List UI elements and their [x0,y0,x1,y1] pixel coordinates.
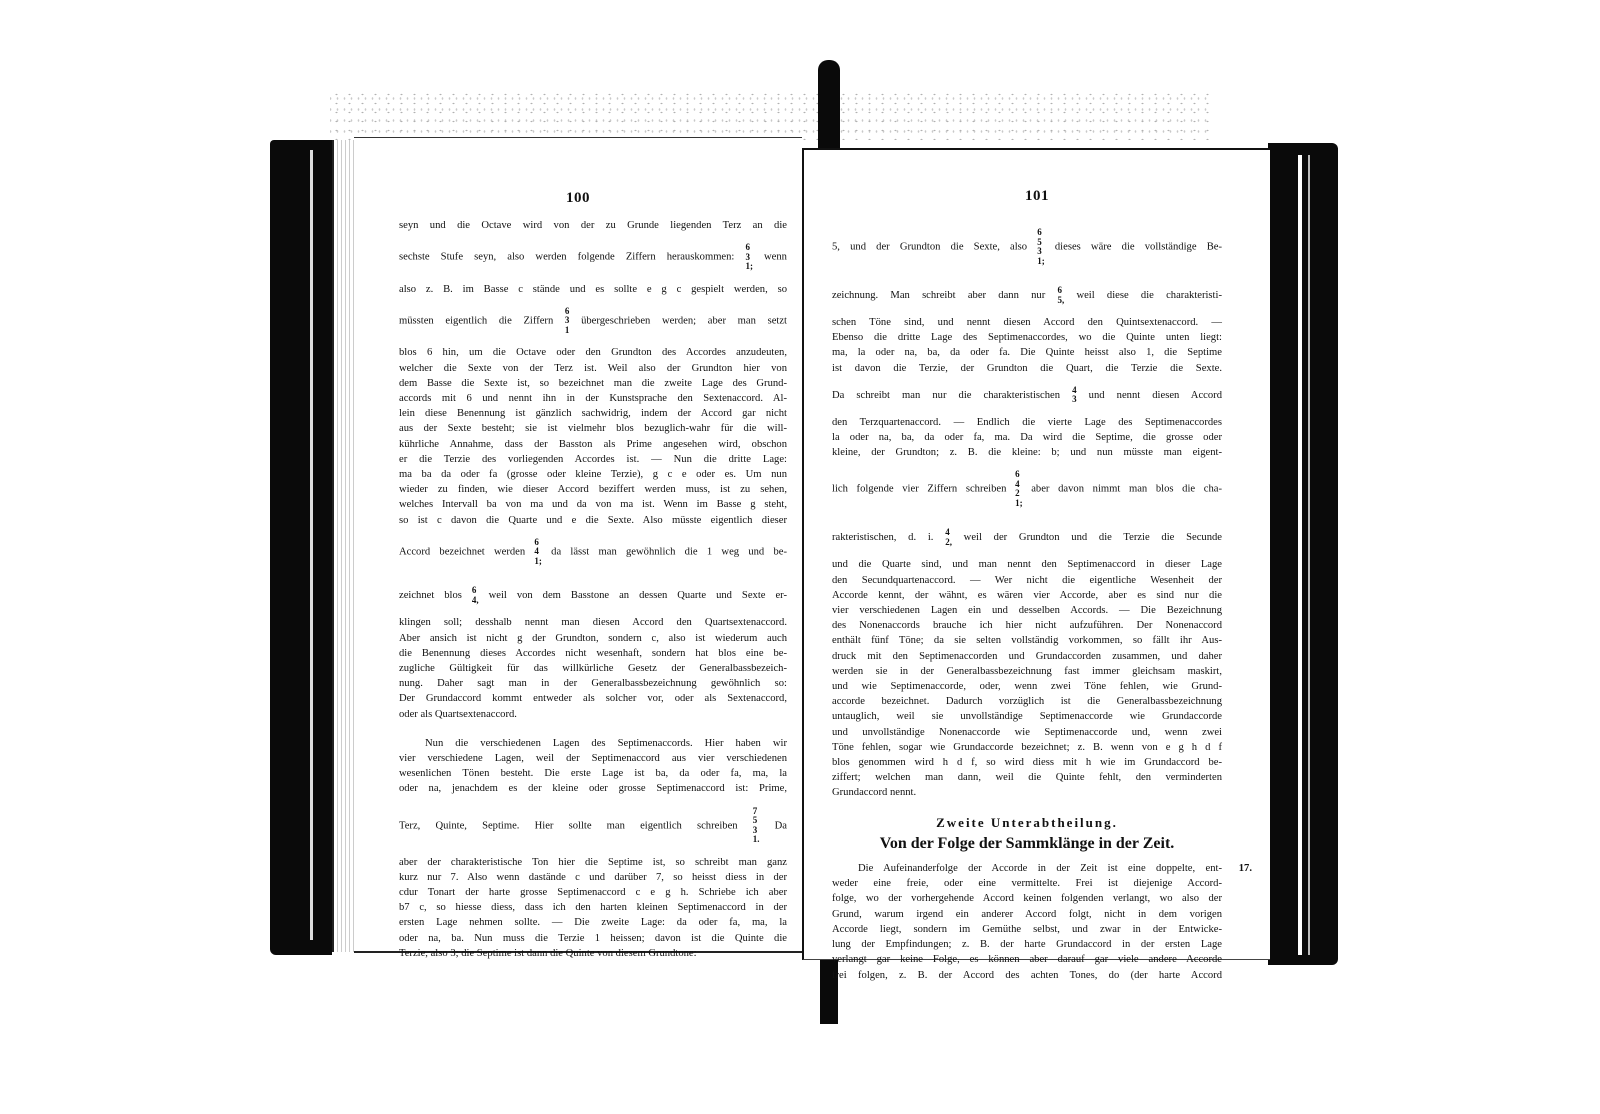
text-line: Grund, warum irgend ein anderer Accord f… [832,907,1222,922]
page-number: 101 [804,188,1270,205]
text-line: b7 c, so hiesse diess, dass ich den hart… [399,900,787,915]
text-line: also z. B. im Basse c stände und es soll… [399,282,787,297]
text-line: lein diese Benennung ist gänzlich sachwi… [399,406,787,421]
text-line: zeichnung. Man schreibt aber dann nur 65… [832,276,1222,315]
text-line: blos genommen wird h d f, so wird diess … [832,755,1222,770]
text-line: lich folgende vier Ziffern schreiben 642… [832,460,1222,518]
text-line: er die Terzie des vorliegenden Accordes … [399,452,787,467]
text-line: dem Basse die Sexte ist, so bezeichnet m… [399,376,787,391]
text-line: druck mit den Septimenaccorden und Grund… [832,649,1222,664]
text-line: la oder na, ba, da oder fa, ma. Da wird … [832,430,1222,445]
text-line: Der Grundaccord kommt entweder als solch… [399,691,787,706]
text-line: Ebenso die dritte Lage des Septimenaccor… [832,330,1222,345]
text-line: und wie Septimenaccorde, oder, wenn zwei… [832,679,1222,694]
text-line: ersten Lage nehmen sollte. — Die zweite … [399,915,787,930]
text-line: wesenlichen Tönen besteht. Die erste Lag… [399,766,787,781]
text-line: vier verschiedene Lagen, weil der Septim… [399,751,787,766]
text-line: frei folgen, z. B. der Accord des achten… [832,968,1222,983]
text-line: oder na, ba. Nun muss die Terzie 1 heiss… [399,931,787,946]
text-line: Nun die verschiedenen Lagen des Septimen… [399,736,787,751]
text-line: vier verschiedenen Lagen ein und desselb… [832,603,1222,618]
text-line: Töne fehlen, sogar wie Grundaccorde beze… [832,740,1222,755]
text-line: den Secundquartenaccord. — Wer nicht die… [832,573,1222,588]
text-line: lung der Empfindungen; z. B. der harte G… [832,937,1222,952]
text-line: cdur Tonart der harte grosse Septimenacc… [399,885,787,900]
text-line: ma ba da oder fa (grosse oder kleine Ter… [399,467,787,482]
text-line: Terz, Quinte, Septime. Hier sollte man e… [399,797,787,855]
text-line: kleine, der Grundton; z. B. die kleine: … [832,445,1222,460]
text-line: Accorde liegt, sondern im Gemüthe selbst… [832,922,1222,937]
text-line: accords mit 6 und nennt ihn in der Kunst… [399,391,787,406]
scan-noise [330,90,1210,140]
text-line: des Nonenaccords brauche ich hier nicht … [832,618,1222,633]
page-body-text: seyn und die Octave wird von der zu Grun… [399,218,787,961]
left-book-cover [270,140,332,955]
text-line: untauglich, weil sie unvollständige Sept… [832,709,1222,724]
text-line: wieder zu finden, wie dieser Accord bezi… [399,482,787,497]
text-line: Da schreibt man nur die charakteristisch… [832,376,1222,415]
right-page: 101 5, und der Grundton die Sexte, also … [802,148,1270,960]
text-line: klingen soll; desshalb nennt man diesen … [399,615,787,630]
text-line: Accord bezeichnet werden 641; da lässt m… [399,528,787,577]
text-line: aus der Sexte besteht; sie ist vielmehr … [399,421,787,436]
text-line: Aber ansich ist nicht g der Grundton, so… [399,631,787,646]
text-line: kührliche Annahme, dass der Basston als … [399,437,787,452]
cover-rib [1308,155,1310,955]
page-number: 100 [354,190,802,207]
text-line: nung. Daher sagt man in der Generalbassb… [399,676,787,691]
left-page: 100 seyn und die Octave wird von der zu … [354,137,802,953]
text-line: zugliche Gültigkeit für das willkürliche… [399,661,787,676]
text-line: accorde bezeichnet. Dadurch vorzüglich i… [832,694,1222,709]
text-line: so ist c davon die Quarte und e die Sext… [399,513,787,528]
text-line: werden sie in der Generalbassbezeichnung… [832,664,1222,679]
figured-bass-numerals: 42, [945,528,952,547]
cover-rib [310,150,313,940]
paragraph-gap [399,722,787,736]
text-line: folge, wo der vorhergehende Accord keine… [832,891,1222,906]
text-line: seyn und die Octave wird von der zu Grun… [399,218,787,233]
section-heading: Zweite Unterabtheilung. [832,815,1222,830]
text-line: oder als Quartsextenaccord. [399,707,787,722]
text-line: welcher die Sexte von der Terz ist. Weil… [399,361,787,376]
figured-bass-numerals: 6531; [1037,228,1045,266]
paragraph: 5, und der Grundton die Sexte, also 6531… [832,218,1222,801]
text-line: Die Aufeinanderfolge der Accorde in der … [832,861,1222,876]
text-line: die Benennung dieses Accordes nicht wese… [399,646,787,661]
text-line: rakteristischen, d. i. 42, weil der Grun… [832,518,1222,557]
text-line: oder na, jenachdem es der kleine oder gr… [399,781,787,796]
section-title: Von der Folge der Sammklänge in der Zeit… [832,836,1222,851]
text-line: ist davon die Terzie, der Grundton die Q… [832,361,1222,376]
text-line: blos 6 hin, um die Octave oder den Grund… [399,345,787,360]
text-line: und unvollständige Nonenaccorde wie Sept… [832,725,1222,740]
figured-bass-numerals: 641; [534,538,542,567]
text-line: ziffert; welchen man dann, weil die Quin… [832,770,1222,785]
text-line: schen Töne sind, und nennt diesen Accord… [832,315,1222,330]
text-line: enthält fünf Töne; da sie selten vollstä… [832,633,1222,648]
figured-bass-numerals: 6421; [1015,470,1023,508]
text-line: zeichnet blos 64, weil von dem Basstone … [399,576,787,615]
margin-paragraph-number: 17. [1239,861,1252,876]
cover-rib [1298,155,1302,955]
figured-bass-numerals: 631; [745,243,753,272]
text-line: und die Quarte sind, und man nennt den S… [832,557,1222,572]
book-spine-top [818,60,840,150]
text-line: Terzie, also 3; die Septime ist dann die… [399,946,787,961]
text-line: weder eine freie, oder eine vermittelte.… [832,876,1222,891]
text-line: aber der charakteristische Ton hier die … [399,855,787,870]
text-line: sechste Stufe seyn, also werden folgende… [399,233,787,282]
page-body-text: 5, und der Grundton die Sexte, also 6531… [832,218,1222,983]
text-line: Accorde kennt, der wähnt, es wären vier … [832,588,1222,603]
text-line: den Terzquartenaccord. — Endlich die vie… [832,415,1222,430]
figured-bass-numerals: 64, [472,586,479,605]
right-book-cover [1268,143,1338,965]
text-line: 5, und der Grundton die Sexte, also 6531… [832,218,1222,276]
text-line: welches Intervall ba von ma und da von m… [399,497,787,512]
text-line: kurz nur 7. Also wenn dastände c und dar… [399,870,787,885]
section-paragraph: 17. Die Aufeinanderfolge der Accorde in … [832,861,1222,983]
text-line: Grundaccord nennt. [832,785,1222,800]
text-line: ma, la oder na, ba, da oder fa. Die Quin… [832,345,1222,360]
text-line: müssten eigentlich die Ziffern 631 überg… [399,297,787,346]
text-line: verlangt gar keine Folge, es können aber… [832,952,1222,967]
